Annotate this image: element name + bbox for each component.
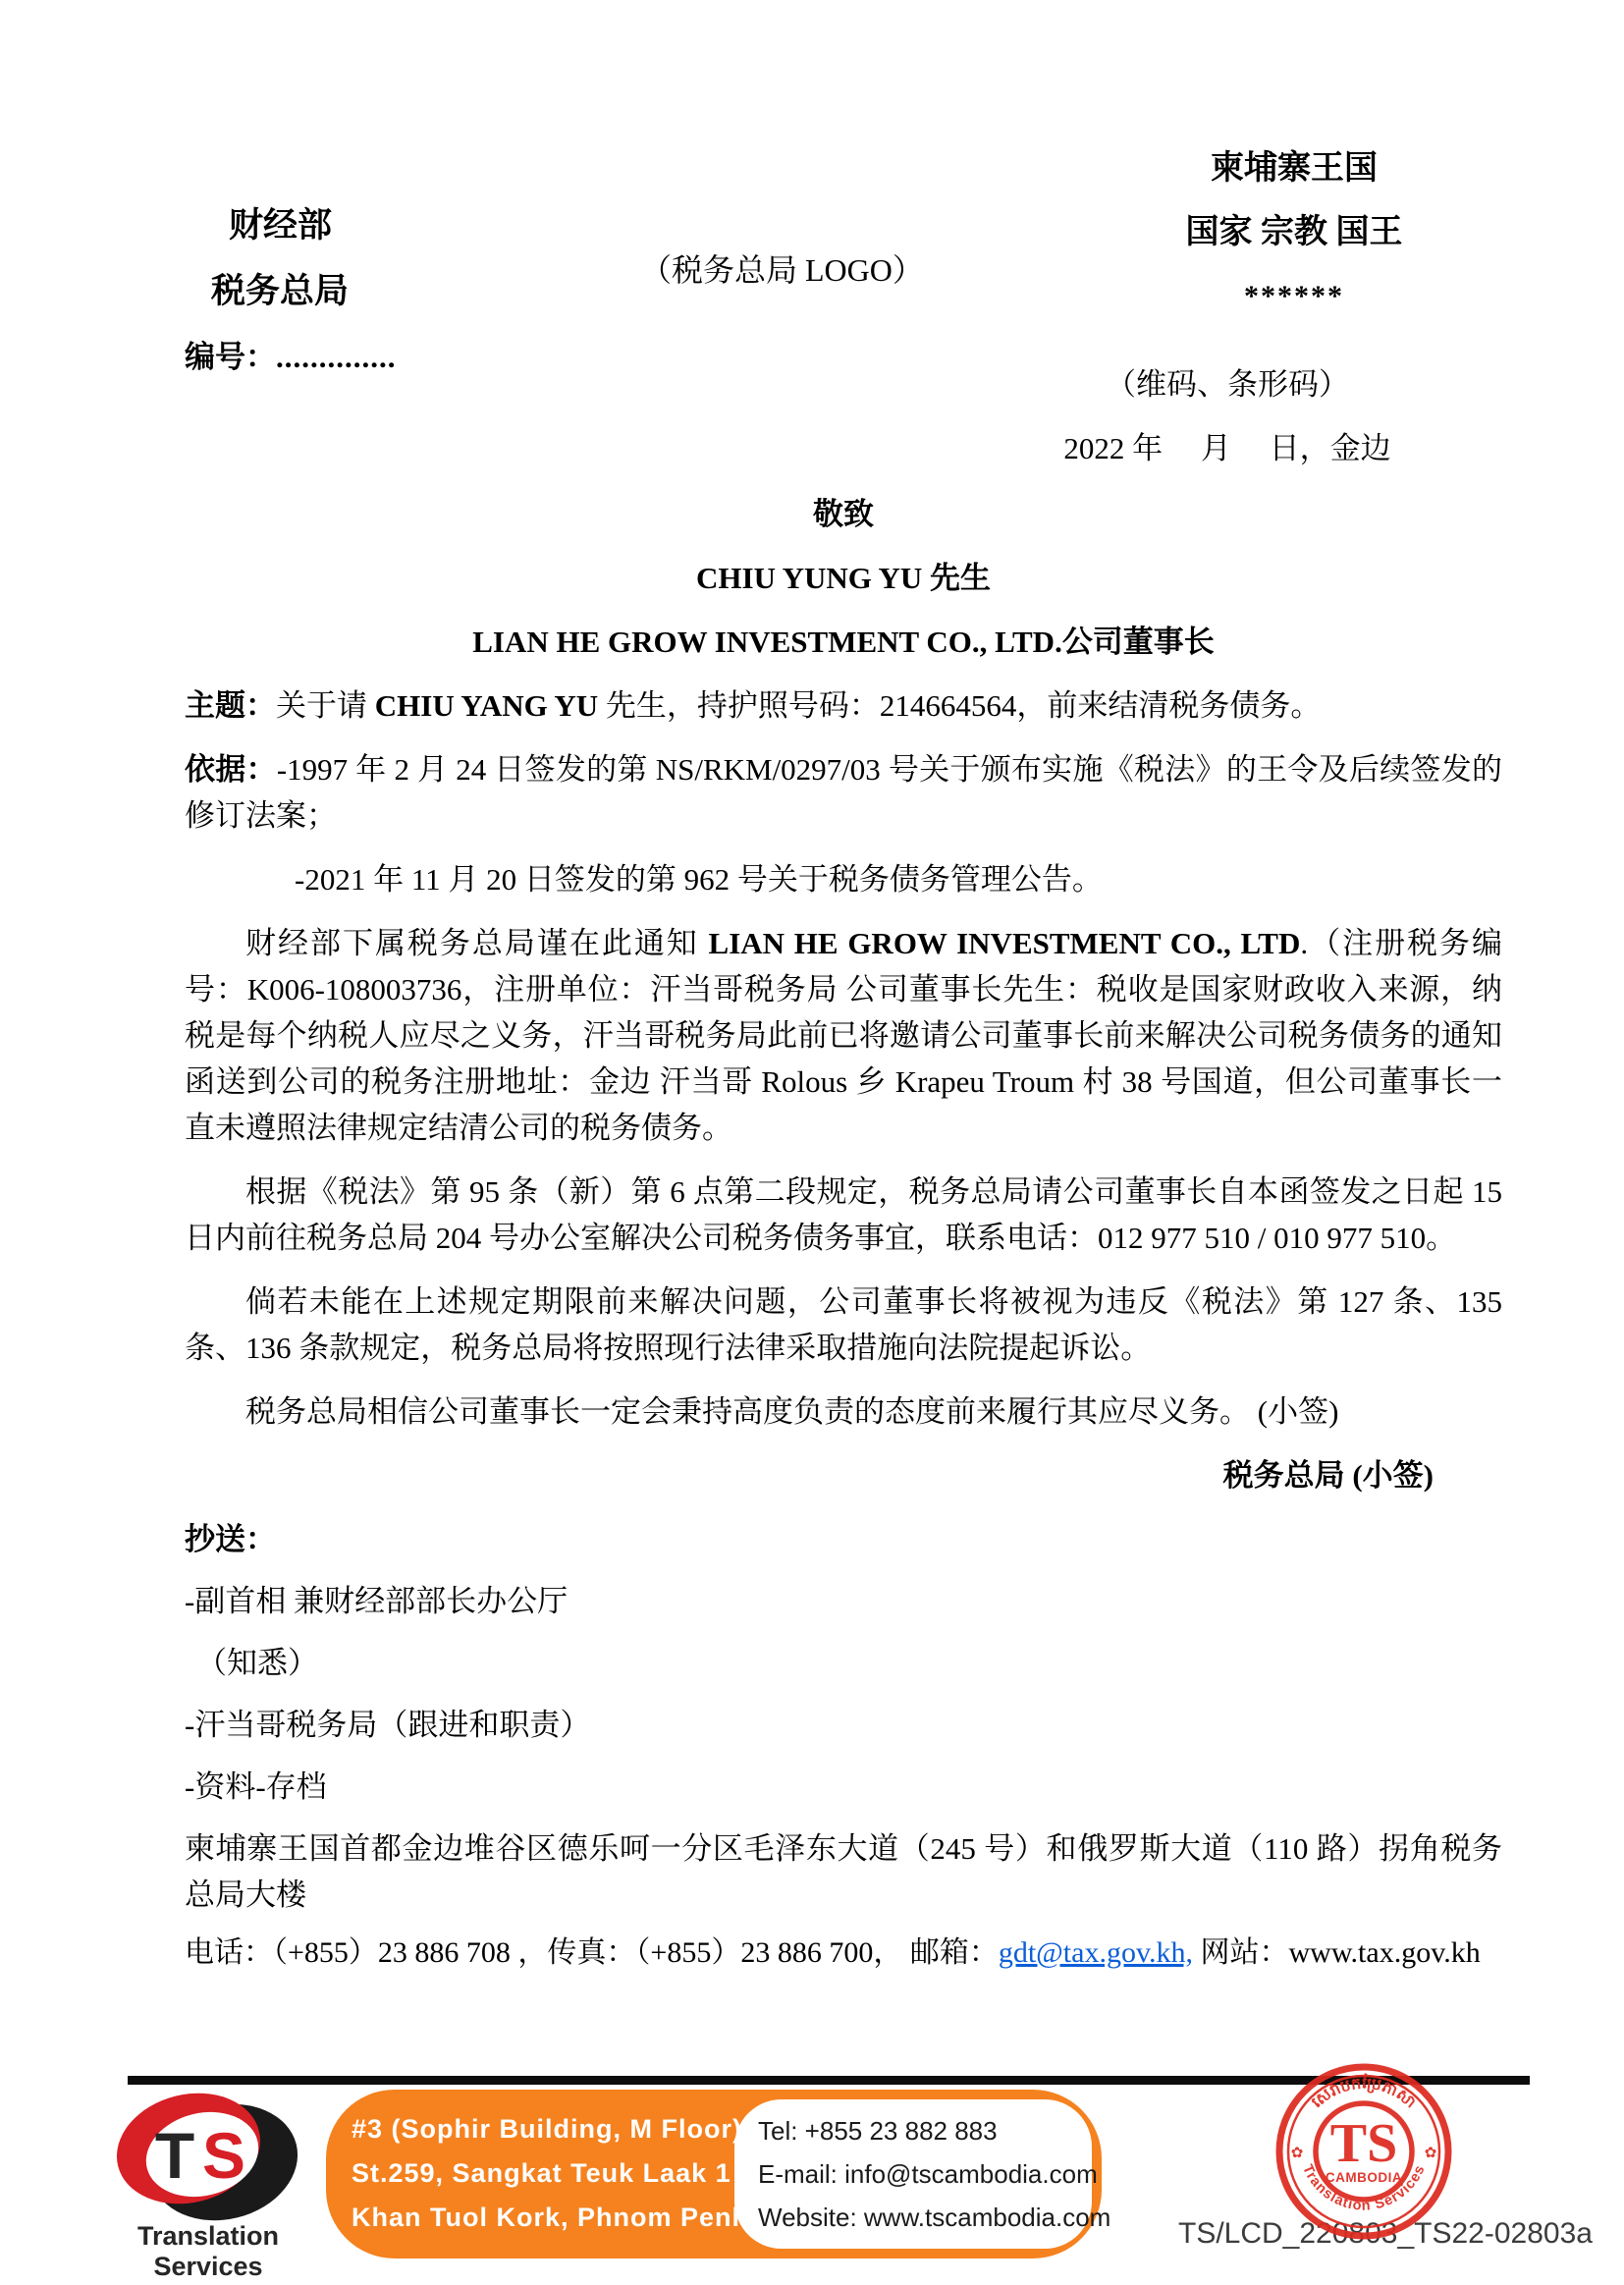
basis-item-1: -1997 年 2 月 24 日签发的第 NS/RKM/0297/03 号关于颁…	[185, 752, 1502, 833]
stamp-flower-left-icon: ✿	[1291, 2146, 1304, 2161]
paragraph-notice-company: LIAN HE GROW INVESTMENT CO., LTD	[709, 926, 1301, 960]
national-motto: 国家 宗教 国王	[1098, 209, 1490, 255]
subject-text-post: 先生，持护照号码：214664564，前来结清税务债务。	[598, 688, 1321, 723]
kingdom-title: 柬埔寨王国	[1098, 145, 1490, 191]
office-contact-pre: 电话：（+855）23 886 708 ，传真：（+855）23 886 700…	[185, 1936, 999, 1969]
header-royal-block: 柬埔寨王国 国家 宗教 国王 ******	[1098, 145, 1490, 337]
recipient-name: CHIU YUNG YU 先生	[185, 555, 1502, 601]
stamp-country-text: CAMBODIA	[1326, 2170, 1402, 2185]
basis-item-2: -2021 年 11 月 20 日签发的第 962 号关于税务债务管理公告。	[185, 856, 1502, 902]
reference-number-label: 编号：	[185, 340, 276, 374]
department-title: 税务总局	[185, 258, 397, 324]
stamp-ts-text: TS	[1330, 2113, 1398, 2174]
signature-line: 税务总局 (小签)	[185, 1452, 1502, 1498]
barcode-placeholder: （维码、条形码）	[1031, 361, 1424, 408]
office-contact-post: 网站：www.tax.gov.kh	[1193, 1936, 1481, 1969]
header-code-block: （维码、条形码） 2022 年 月 日，金边	[1031, 361, 1424, 489]
footer-address-line-3: Khan Tuol Kork, Phnom Penh	[352, 2196, 744, 2240]
ts-cambodia-stamp: សេវាបកប្រែភាសា Translation Services TS C…	[1271, 2058, 1457, 2245]
footer-address-line-2: St.259, Sangkat Teuk Laak 1	[352, 2151, 744, 2196]
reference-number-dots: ..............	[276, 340, 397, 374]
paragraph-notice-pre: 财经部下属税务总局谨在此通知	[245, 926, 709, 960]
subject-text-pre: 关于请	[276, 688, 375, 723]
paragraph-deadline: 根据《税法》第 95 条（新）第 6 点第二段规定，税务总局请公司董事长自本函签…	[185, 1169, 1502, 1261]
office-address: 柬埔寨王国首都金边堆谷区德乐呵一分区毛泽东大道（245 号）和俄罗斯大道（110…	[185, 1825, 1502, 1918]
footer-tel-line: Tel: +855 23 882 883	[758, 2109, 1092, 2152]
paragraph-closing: 税务总局相信公司董事长一定会秉持高度负责的态度前来履行其应尽义务。 (小签)	[185, 1388, 1502, 1435]
basis-label: 依据：	[185, 752, 277, 787]
cc-item-for-info: （知悉）	[185, 1640, 1502, 1686]
footer-address-line-1: #3 (Sophir Building, M Floor)	[352, 2107, 744, 2151]
cc-item-branch: -汗当哥税务局（跟进和职责）	[185, 1702, 1502, 1748]
footer-address-lines: #3 (Sophir Building, M Floor) St.259, Sa…	[352, 2107, 744, 2240]
salutation: 敬致	[185, 491, 1502, 537]
cc-item-archive: -资料-存档	[185, 1764, 1502, 1810]
ts-logo-caption: Translation Services	[90, 2221, 326, 2282]
paragraph-warning: 倘若未能在上述规定期限前来解决问题，公司董事长将被视为违反《税法》第 127 条…	[185, 1279, 1502, 1371]
reference-number-line: 编号：..............	[185, 324, 397, 390]
footer-website-line: Website: www.tscambodia.com	[758, 2196, 1092, 2239]
stars-divider: ******	[1098, 273, 1490, 319]
subject-person-name: CHIU YANG YU	[375, 688, 598, 723]
ministry-title: 财经部	[185, 192, 397, 258]
footer-email-line: E-mail: info@tscambodia.com	[758, 2152, 1092, 2196]
stamp-flower-right-icon: ✿	[1425, 2146, 1437, 2161]
paragraph-notice: 财经部下属税务总局谨在此通知 LIAN HE GROW INVESTMENT C…	[185, 920, 1502, 1151]
header-left-block: 财经部 税务总局 编号：..............	[185, 192, 397, 390]
footer-contact-lines: Tel: +855 23 882 883 E-mail: info@tscamb…	[758, 2109, 1092, 2239]
cc-item-deputy-pm: -副首相 兼财经部部长办公厅	[185, 1578, 1502, 1624]
basis-paragraph: 依据：-1997 年 2 月 24 日签发的第 NS/RKM/0297/03 号…	[185, 746, 1502, 839]
ts-logo-letter-t: T	[155, 2119, 194, 2192]
ts-logo: T S	[98, 2092, 314, 2224]
date-line: 2022 年 月 日，金边	[1031, 425, 1424, 471]
gdt-logo-placeholder: （税务总局 LOGO）	[640, 247, 924, 294]
letter-body: 敬致 CHIU YUNG YU 先生 LIAN HE GROW INVESTME…	[185, 491, 1502, 1976]
recipient-company: LIAN HE GROW INVESTMENT CO., LTD.公司董事长	[185, 619, 1502, 665]
subject-label: 主题：	[185, 688, 276, 723]
cc-label: 抄送：	[185, 1516, 1502, 1562]
ts-logo-letter-s: S	[202, 2119, 245, 2192]
gdt-email-link[interactable]: gdt@tax.gov.kh,	[999, 1936, 1193, 1969]
subject-line: 主题：关于请 CHIU YANG YU 先生，持护照号码：214664564，前…	[185, 682, 1502, 729]
office-contact-line: 电话：（+855）23 886 708 ，传真：（+855）23 886 700…	[185, 1930, 1502, 1976]
